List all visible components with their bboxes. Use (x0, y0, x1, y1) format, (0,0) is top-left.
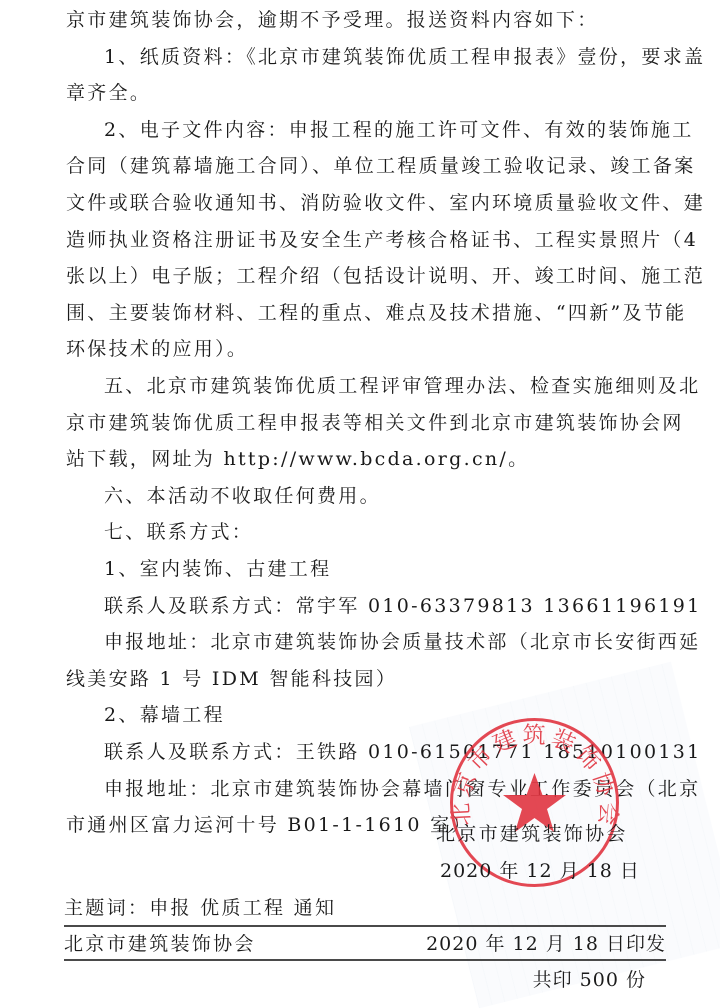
body-line: 文件或联合验收通知书、消防验收文件、室内环境质量验收文件、建 (66, 191, 666, 215)
issue-date: 2020 年 12 月 18 日印发 (366, 932, 666, 956)
body-line: 1、纸质资料：《北京市建筑装饰优质工程申报表》壹份，要求盖 (104, 45, 704, 69)
body-line: 京市建筑装饰优质工程申报表等相关文件到北京市建筑装饰协会网 (66, 411, 666, 435)
contact-line: 联系人及联系方式：常宇军 010-63379813 13661196191 (104, 594, 704, 618)
address-line: 申报地址：北京市建筑装饰协会幕墙门窗专业工作委员会（北京 (104, 777, 704, 801)
body-line: 六、本活动不收取任何费用。 (104, 484, 704, 508)
body-line: 围、主要装饰材料、工程的重点、难点及技术措施、“四新”及节能 (66, 301, 666, 325)
body-line: 京市建筑装饰协会，逾期不予受理。报送资料内容如下： (66, 8, 666, 32)
divider (64, 959, 666, 961)
divider (64, 925, 666, 927)
url-line: 站下载，网址为 http://www.bcda.org.cn/。 (66, 447, 666, 471)
body-line: 张以上）电子版；工程介绍（包括设计说明、开、竣工时间、施工范 (66, 264, 666, 288)
body-line: 2、电子文件内容：申报工程的施工许可文件、有效的装饰施工 (104, 118, 704, 142)
section-heading: 七、联系方式： (104, 520, 704, 544)
document-page: 京市建筑装饰协会，逾期不予受理。报送资料内容如下： 1、纸质资料：《北京市建筑装… (0, 0, 720, 1008)
print-count: 共印 500 份 (446, 968, 646, 992)
keywords-line: 主题词：申报 优质工程 通知 (64, 896, 664, 920)
address-line: 申报地址：北京市建筑装饰协会质量技术部（北京市长安街西延 (104, 630, 704, 654)
body-line: 环保技术的应用）。 (66, 337, 666, 361)
body-line: 五、北京市建筑装饰优质工程评审管理办法、检查实施细则及北 (104, 374, 704, 398)
body-line: 造师执业资格注册证书及安全生产考核合格证书、工程实景照片（4 (66, 228, 666, 252)
address-line: 线美安路 1 号 IDM 智能科技园） (66, 667, 666, 691)
body-line: 章齐全。 (66, 81, 666, 105)
signature-organization: 北京市建筑装饰协会 (436, 822, 636, 846)
contact-line: 联系人及联系方式：王铁路 010-61501771 18510100131 (104, 740, 704, 764)
subsection-heading: 2、幕墙工程 (104, 703, 704, 727)
body-line: 合同（建筑幕墙施工合同）、单位工程质量竣工验收记录、竣工备案 (66, 154, 666, 178)
signature-date: 2020 年 12 月 18 日 (440, 859, 640, 883)
subsection-heading: 1、室内装饰、古建工程 (104, 557, 704, 581)
